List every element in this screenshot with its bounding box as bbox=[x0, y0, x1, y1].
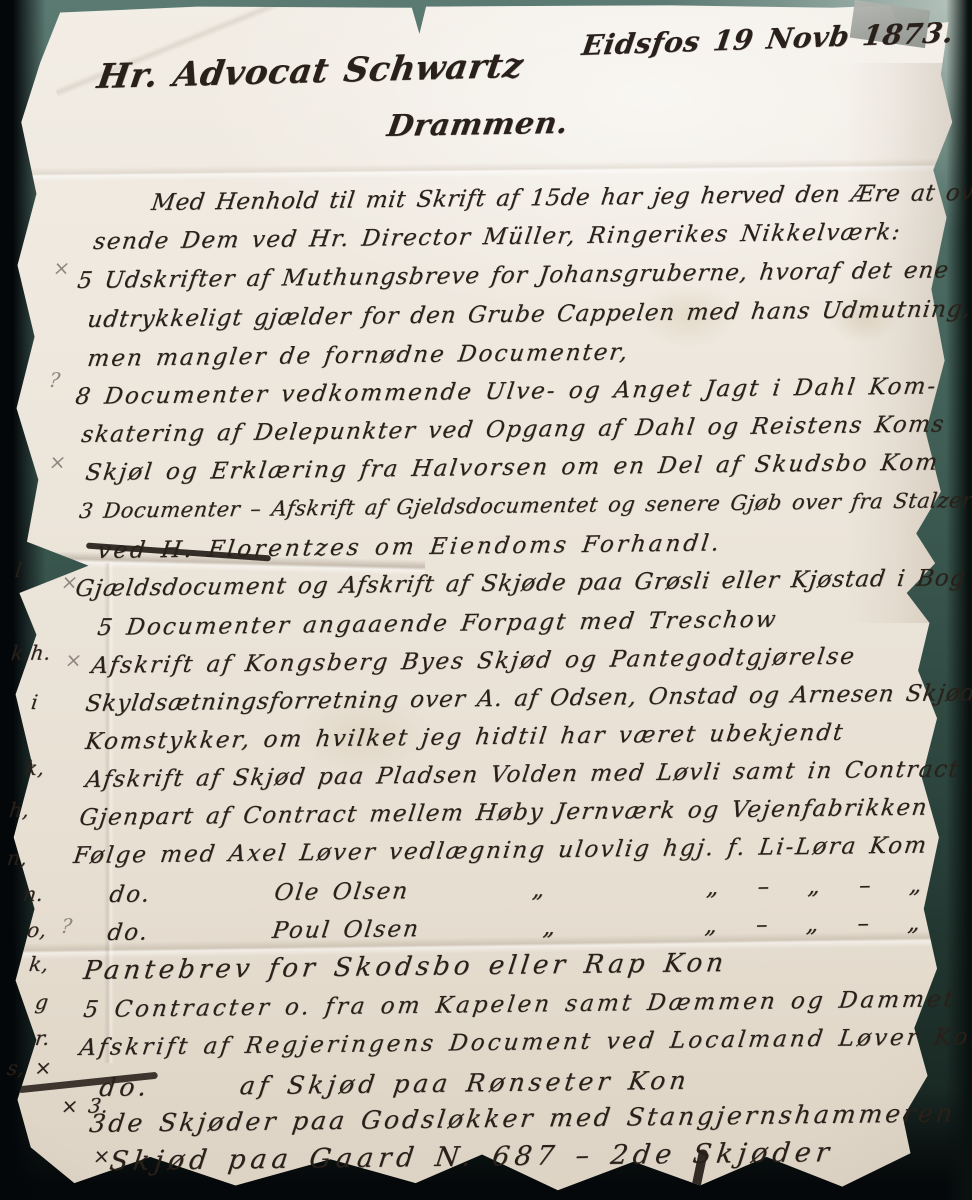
handwritten-line: udtrykkeligt gjælder for den Grube Cappe… bbox=[86, 298, 972, 332]
city-line: Drammen. bbox=[385, 109, 570, 142]
margin-mark: l. bbox=[14, 560, 30, 580]
margin-mark: × bbox=[92, 1146, 112, 1166]
handwritten-line: 3 Documenter – Afskrift af Gjeldsdocumen… bbox=[78, 490, 972, 522]
handwritten-line: Skyldsætningsforretning over A. af Odsen… bbox=[84, 682, 972, 716]
handwritten-line: Gjenpart af Contract mellem Høby Jernvær… bbox=[78, 797, 929, 830]
margin-mark: n. bbox=[22, 884, 45, 904]
handwritten-line: Afskrift af Regjeringens Document ved Lo… bbox=[78, 1026, 972, 1060]
handwritten-line: ved H. Florentzes om Eiendoms Forhandl. bbox=[96, 532, 723, 563]
margin-mark: ? bbox=[60, 916, 74, 936]
handwritten-line: Skjøl og Erklæring fra Halvorsen om en D… bbox=[84, 452, 941, 485]
handwritten-line: do. Poul Olsen „ „ – „ – „ bbox=[106, 912, 923, 945]
margin-mark: k, bbox=[28, 954, 50, 974]
margin-mark: k, bbox=[24, 758, 46, 778]
margin-mark: × 3. bbox=[60, 1095, 110, 1116]
handwritten-line: do. af Skjød paa Rønseter Kon bbox=[98, 1068, 691, 1100]
handwritten-line: Pantebrev for Skodsbo eller Rap Kon bbox=[82, 950, 729, 984]
margin-mark: ? bbox=[48, 370, 62, 390]
handwritten-line: 5 Udskrifter af Muthungsbreve for Johans… bbox=[76, 259, 950, 293]
handwriting-layer: Eidsfos 19 Novb 1873. Hr. Advocat Schwar… bbox=[0, 0, 972, 1200]
margin-mark: n, bbox=[6, 848, 29, 868]
handwritten-line: 5 Documenter angaaende Forpagt med Tresc… bbox=[96, 609, 779, 640]
margin-mark: × bbox=[64, 650, 84, 670]
margin-mark: r. bbox=[34, 1028, 51, 1048]
handwritten-line: 3de Skjøder paa Godsløkker med Stangjern… bbox=[88, 1100, 957, 1136]
handwritten-line: 8 Documenter vedkommende Ulve- og Anget … bbox=[74, 375, 939, 409]
handwritten-line: Med Henhold til mit Skrift af 15de har j… bbox=[150, 182, 972, 215]
margin-mark: k.h. bbox=[10, 643, 52, 663]
handwritten-line: Komstykker, om hvilket jeg hidtil har væ… bbox=[84, 722, 846, 754]
margin-mark: × bbox=[60, 572, 80, 592]
handwritten-line: sende Dem ved Hr. Director Müller, Ringe… bbox=[92, 221, 903, 254]
margin-mark: i bbox=[30, 692, 39, 712]
handwritten-line: skatering af Delepunkter ved Opgang af D… bbox=[80, 413, 946, 447]
handwritten-line: Skjød paa Gaard N. 687 – 2de Skjøder bbox=[108, 1139, 836, 1175]
margin-mark: o, bbox=[26, 920, 48, 940]
dateline: Eidsfos 19 Novb 1873. bbox=[580, 19, 955, 60]
handwritten-line: do. Ole Olsen „ „ – „ – „ bbox=[108, 874, 925, 907]
margin-mark: s, × bbox=[6, 1057, 53, 1078]
handwritten-line: 5 Contracter o. fra om Kapelen samt Dæmm… bbox=[82, 988, 957, 1022]
recipient-line: Hr. Advocat Schwartz bbox=[95, 49, 526, 94]
handwritten-line: men mangler de fornødne Documenter, bbox=[86, 341, 631, 371]
margin-mark: × bbox=[48, 452, 68, 472]
margin-mark: × bbox=[52, 258, 72, 278]
margin-mark: g bbox=[34, 992, 50, 1012]
handwritten-line: Afskrift af Kongsberg Byes Skjød og Pant… bbox=[90, 646, 857, 678]
handwritten-line: Afskrift af Skjød paa Pladsen Volden med… bbox=[84, 758, 961, 792]
letter-photograph: Eidsfos 19 Novb 1873. Hr. Advocat Schwar… bbox=[0, 0, 972, 1200]
margin-mark: h, bbox=[8, 800, 31, 820]
handwritten-line: Følge med Axel Løver vedlægning ulovlig … bbox=[72, 835, 929, 868]
handwritten-line: Gjældsdocument og Afskrift af Skjøde paa… bbox=[74, 567, 967, 601]
